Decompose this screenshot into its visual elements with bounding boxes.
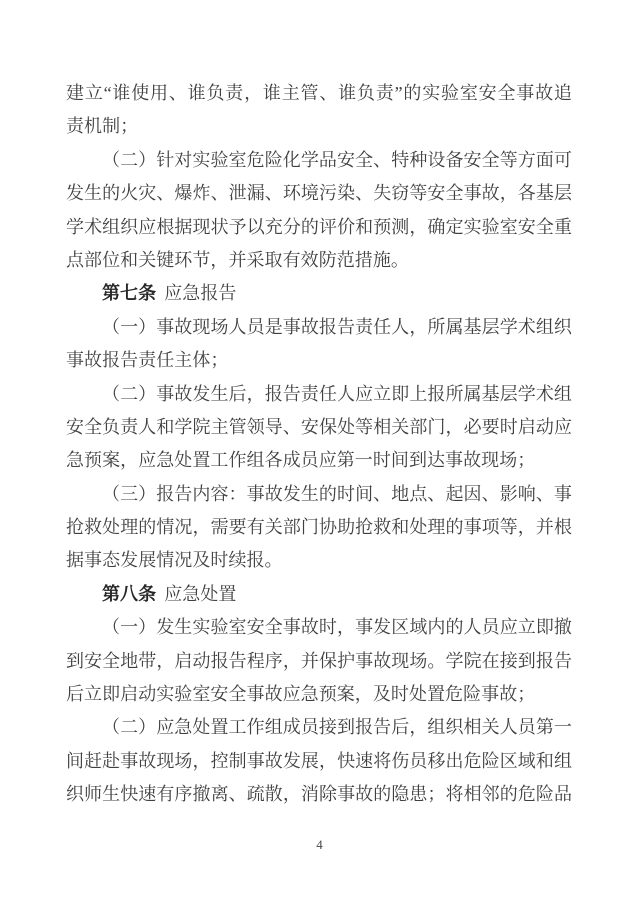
text-line: （二）应急处置工作组成员接到报告后，组织相关人员第一时 <box>66 711 572 744</box>
text-line: （三）报告内容：事故发生的时间、地点、起因、影响、事故 <box>66 478 572 511</box>
text-line: 发生的火灾、爆炸、泄漏、环境污染、失窃等安全事故，各基层 <box>66 177 572 210</box>
text-line: 后立即启动实验室安全事故应急预案，及时处置危险事故； <box>66 678 572 711</box>
article-number: 第七条 <box>102 283 156 303</box>
text-line: 据事态发展情况及时续报。 <box>66 544 572 577</box>
text-line: （二）针对实验室危险化学品安全、特种设备安全等方面可能 <box>66 144 572 177</box>
text-line: 到安全地带，启动报告程序，并保护事故现场。学院在接到报告 <box>66 645 572 678</box>
text-line: 责机制； <box>66 110 572 143</box>
article-heading: 第八条应急处置 <box>66 578 572 611</box>
document-page: 建立“谁使用、谁负责，谁主管、谁负责”的实验室安全事故追责机制；（二）针对实验室… <box>0 0 639 904</box>
text-line: 安全负责人和学院主管领导、安保处等相关部门，必要时启动应 <box>66 411 572 444</box>
text-line: 间赶赴事故现场，控制事故发展，快速将伤员移出危险区域和组 <box>66 745 572 778</box>
text-line: （二）事故发生后，报告责任人应立即上报所属基层学术组织 <box>66 378 572 411</box>
page-number: 4 <box>0 836 639 854</box>
text-line: （一）发生实验室安全事故时，事发区域内的人员应立即撤离 <box>66 611 572 644</box>
text-line: 织师生快速有序撤离、疏散，消除事故的隐患；将相邻的危险品 <box>66 778 572 811</box>
text-line: 点部位和关键环节，并采取有效防范措施。 <box>66 244 572 277</box>
text-line: 抢救处理的情况，需要有关部门协助抢救和处理的事项等，并根 <box>66 511 572 544</box>
text-line: 建立“谁使用、谁负责，谁主管、谁负责”的实验室安全事故追 <box>66 77 572 110</box>
article-number: 第八条 <box>102 584 156 604</box>
document-body: 建立“谁使用、谁负责，谁主管、谁负责”的实验室安全事故追责机制；（二）针对实验室… <box>66 77 572 812</box>
text-line: 事故报告责任主体； <box>66 344 572 377</box>
article-heading: 第七条应急报告 <box>66 277 572 310</box>
text-line: （一）事故现场人员是事故报告责任人，所属基层学术组织为 <box>66 311 572 344</box>
text-line: 急预案，应急处置工作组各成员应第一时间到达事故现场； <box>66 444 572 477</box>
text-line: 学术组织应根据现状予以充分的评价和预测，确定实验室安全重 <box>66 211 572 244</box>
